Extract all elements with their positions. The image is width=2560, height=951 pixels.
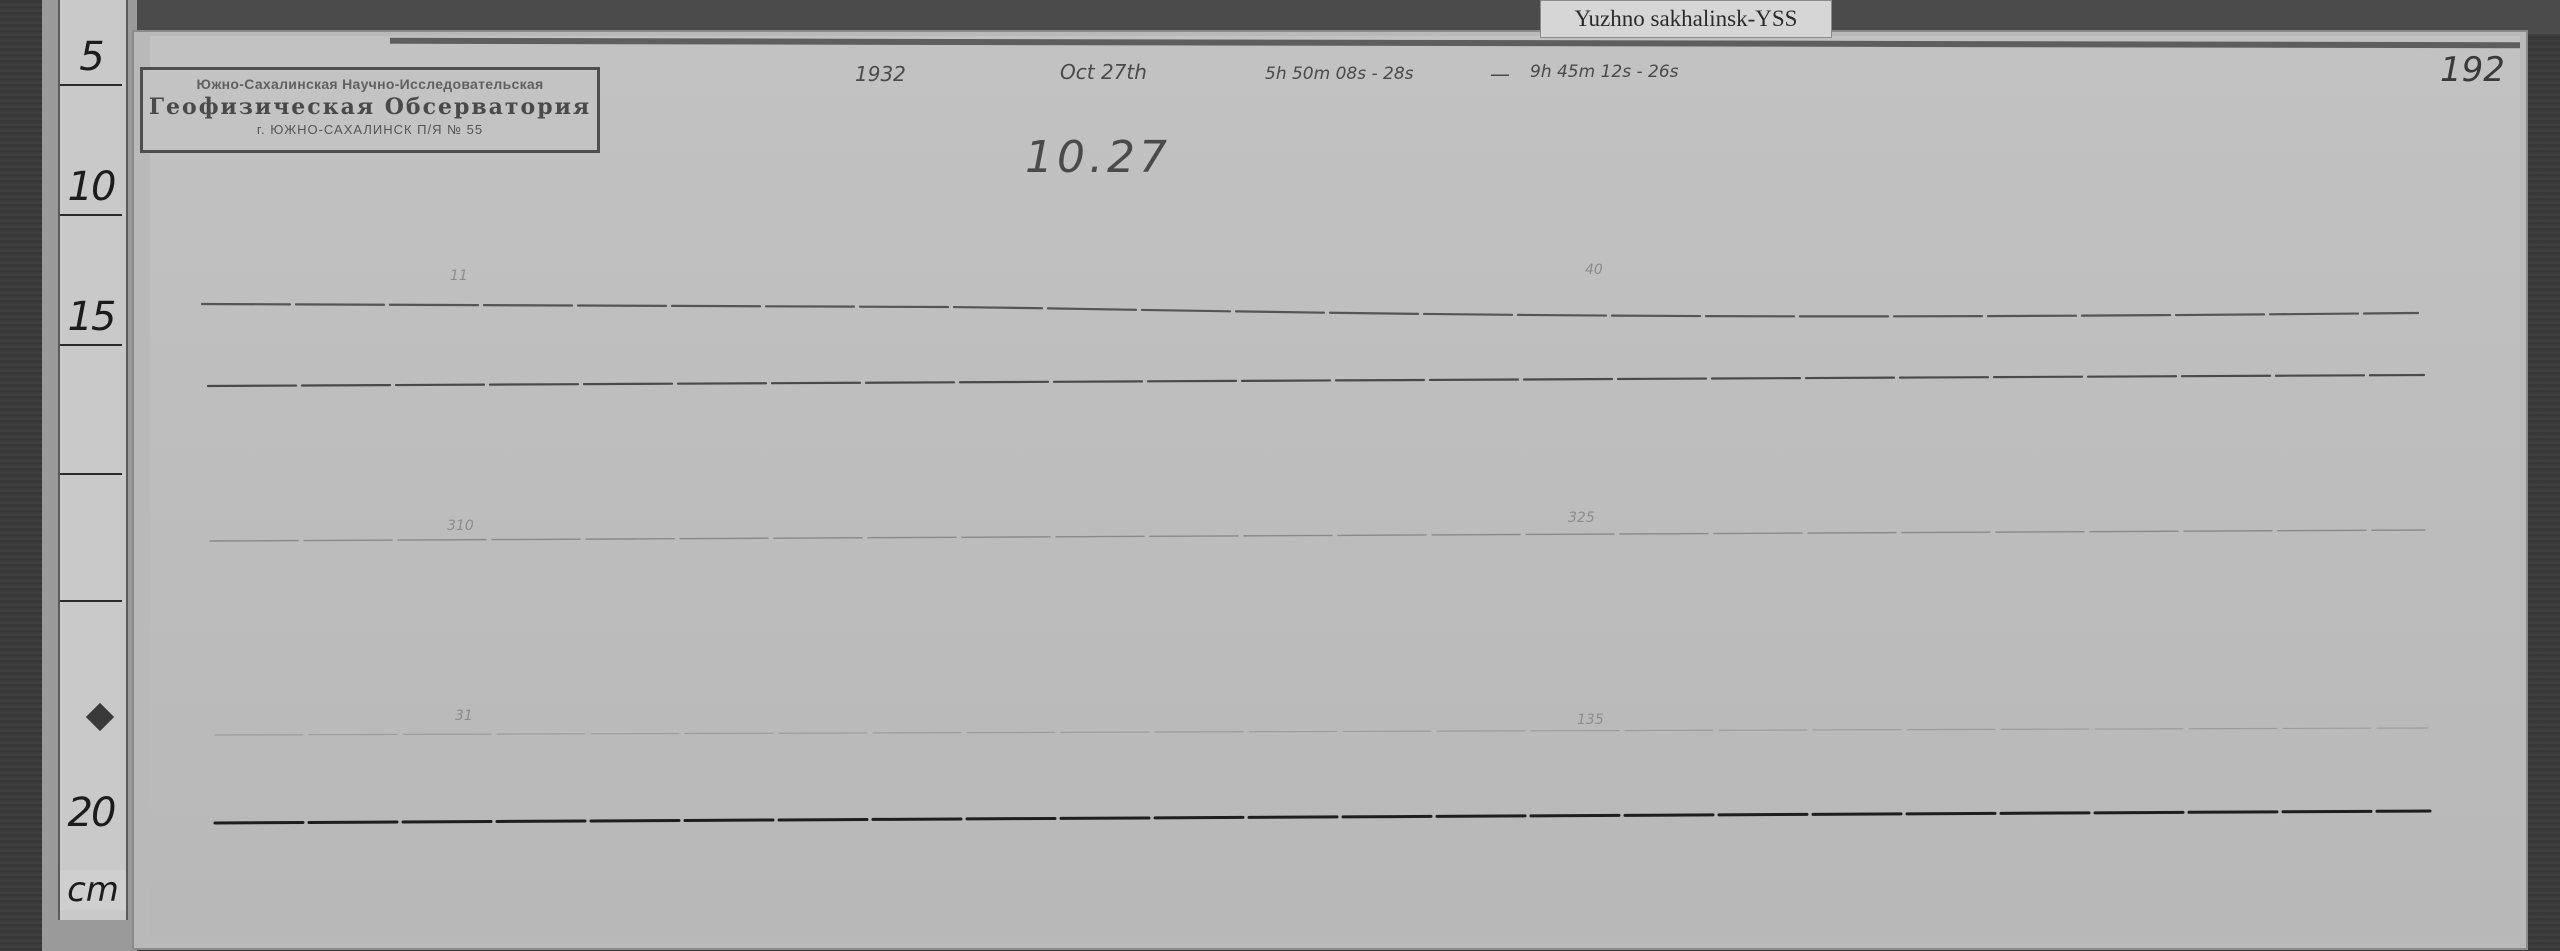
seismogram-traces (0, 0, 2560, 951)
trace-3 (210, 530, 2425, 541)
trace-1 (202, 304, 2418, 316)
trace-2 (208, 375, 2424, 386)
trace-4 (215, 728, 2428, 735)
trace-5 (215, 811, 2430, 823)
